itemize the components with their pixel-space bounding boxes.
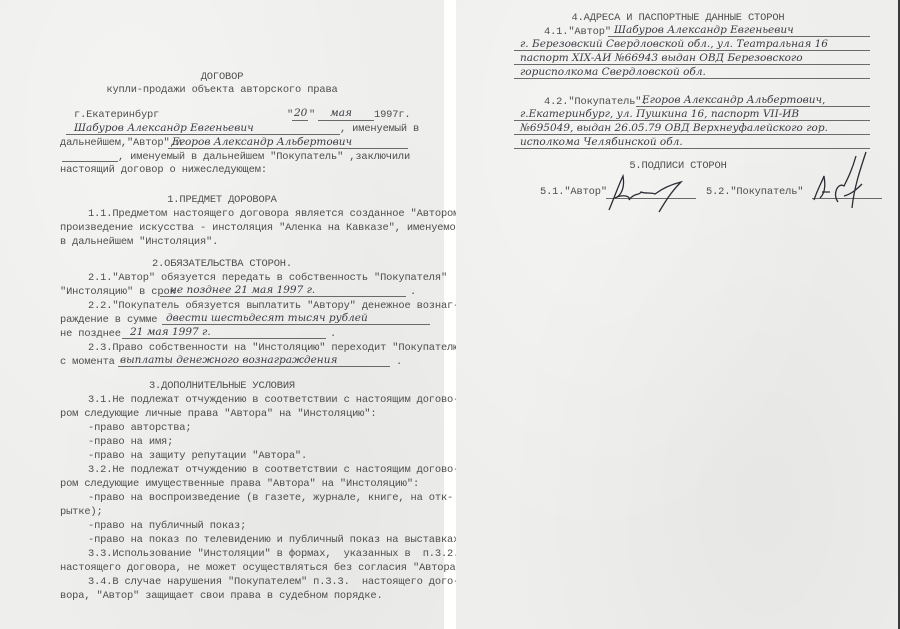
period: .: [330, 328, 336, 340]
intro-named-author: , именуемый в: [340, 123, 419, 135]
handwritten-line: горисполкома Свердловской обл.: [520, 66, 706, 78]
clause-2-3-line-2: с момента: [60, 356, 115, 368]
period: .: [396, 356, 402, 368]
date-month-line: [318, 120, 374, 121]
fill-line: [514, 120, 870, 121]
date-year: 1997г.: [374, 109, 411, 121]
buyer-name-handwritten: Егоров Александр Альбертович: [172, 136, 352, 148]
intro-line-3: , именуемый в дальнейшем "Покупатель" ,з…: [118, 151, 410, 163]
section-1-line: в дальнейшем "Инстоляция".: [60, 236, 218, 248]
document-subtitle: купли-продажи объекта авторского права: [0, 84, 444, 96]
clause-2-1-line: [160, 296, 406, 297]
section-3-line: рытке);: [60, 506, 103, 518]
handwritten-line: исполкома Челябинской обл.: [520, 136, 683, 148]
clause-4-1-label: 4.1."Автор": [544, 26, 611, 38]
clause-2-2-amount-handwritten: двести шестьдесят тысяч рублей: [166, 312, 368, 324]
section-3-line: ром следующие личные права "Автора" на "…: [60, 408, 376, 420]
handwritten-line: Шабуров Александр Евгеньевич: [614, 24, 794, 36]
contract-page-2: 4.АДРЕСА И ПАСПОРТНЫЕ ДАННЫЕ СТОРОН 4.1.…: [456, 0, 900, 629]
intro-line-2: дальнейшем,"Автор",и: [60, 137, 182, 149]
clause-2-1-line-1: 2.1."Автор" обязуется передать в собстве…: [88, 272, 447, 284]
clause-2-2-line-1: 2.2."Покупатель обязуется выплатить "Авт…: [88, 300, 459, 312]
clause-2-2-date-line: [122, 338, 326, 339]
contract-page-1: ДОГОВОР купли-продажи объекта авторского…: [0, 0, 444, 629]
fill-line: [514, 134, 870, 135]
section-3-line: -право на воспроизведение (в газете, жур…: [88, 492, 453, 504]
author-signature: [601, 166, 701, 216]
handwritten-line: г.Екатеринбург, ул. Пушкина 16, паспорт …: [520, 108, 799, 120]
date-quote-close: ": [309, 109, 315, 121]
clause-2-1-deadline-handwritten: не позднее 21 мая 1997 г.: [170, 284, 315, 296]
section-3-line: -право на публичный показ;: [88, 520, 246, 532]
date-day-line: [292, 120, 308, 121]
fill-line: [514, 50, 870, 51]
buyer-name-line: [168, 148, 408, 149]
section-4-heading: 4.АДРЕСА И ПАСПОРТНЫЕ ДАННЫЕ СТОРОН: [456, 12, 900, 24]
author-name-line: [66, 134, 340, 135]
section-3-line: вора, "Автор" защищает свои права в суде…: [60, 590, 383, 602]
blank-line: [62, 161, 118, 162]
section-1-line: произведение искусства - инстоляция "Але…: [60, 222, 462, 234]
section-3-line: -право авторства;: [88, 422, 191, 434]
section-3-heading: 3.ДОПОЛНИТЕЛЬНЫЕ УСЛОВИЯ: [0, 380, 444, 392]
handwritten-line: №695049, выдан 26.05.79 ОВД Верхнеуфалей…: [520, 122, 828, 134]
handwritten-line: Егоров Александр Альбертович,: [642, 94, 825, 106]
clause-2-2-date-handwritten: 21 мая 1997 г.: [130, 326, 211, 338]
clause-2-3-line-1: 2.3.Право собственности на "Инстоляцию" …: [88, 342, 465, 354]
author-signature-label: 5.1."Автор": [540, 186, 607, 198]
clause-2-3-line: [118, 366, 390, 367]
handwritten-line: паспорт XIX-АИ №66943 выдан ОВД Березовс…: [520, 52, 803, 64]
section-2-heading: 2.ОБЯЗАТЕЛЬСТВА СТОРОН.: [0, 258, 444, 270]
fill-line: [514, 64, 870, 65]
date-day: 20: [294, 107, 307, 119]
clause-2-2-line-2: раждение в сумме: [60, 314, 157, 326]
section-3-line: 3.2.Не подлежат отчуждению в соответстви…: [88, 464, 459, 476]
fill-line: [636, 106, 870, 107]
fill-line: [608, 36, 870, 37]
buyer-signature: [808, 148, 878, 228]
fill-line: [514, 78, 870, 79]
section-3-line: -право на показ по телевидению и публичн…: [88, 534, 465, 546]
handwritten-line: г. Березовский Свердловской обл., ул. Те…: [520, 38, 828, 50]
section-3-line: -право на защиту репутации "Автора".: [88, 450, 307, 462]
document-title: ДОГОВОР: [0, 71, 444, 83]
period: .: [410, 286, 416, 298]
section-3-line: ром следующие имущественные права "Автор…: [60, 478, 419, 490]
clause-2-3-handwritten: выплаты денежного вознаграждения: [120, 354, 337, 366]
section-1-line: 1.1.Предметом настоящего договора являет…: [88, 208, 465, 220]
buyer-signature-label: 5.2."Покупатель": [706, 186, 803, 198]
clause-4-2-label: 4.2."Покупатель":: [544, 96, 647, 108]
section-3-line: 3.4.В случае нарушения "Покупателем" п.3…: [88, 576, 459, 588]
intro-line-4: настоящий договор о нижеследующем:: [60, 164, 267, 176]
clause-2-2-amount-line: [162, 324, 430, 325]
city: г.Екатеринбург: [74, 109, 159, 121]
section-1-heading: 1.ПРЕДМЕТ ДОРОВОРА: [0, 194, 444, 206]
section-3-line: 3.1.Не подлежат отчуждению в соответстви…: [88, 394, 459, 406]
section-3-line: -право на имя;: [88, 436, 173, 448]
section-3-line: настоящего договора, не может осуществля…: [60, 562, 468, 574]
clause-2-1-line-2: "Инстоляцию" в срок: [60, 286, 176, 298]
author-name-handwritten: Шабуров Александр Евгеньевич: [74, 122, 254, 134]
section-3-line: 3.3.Использование "Инстоляции" в формах,…: [88, 548, 459, 560]
date-month: мая: [330, 107, 352, 119]
clause-2-2-line-3: не позднее: [60, 328, 121, 340]
